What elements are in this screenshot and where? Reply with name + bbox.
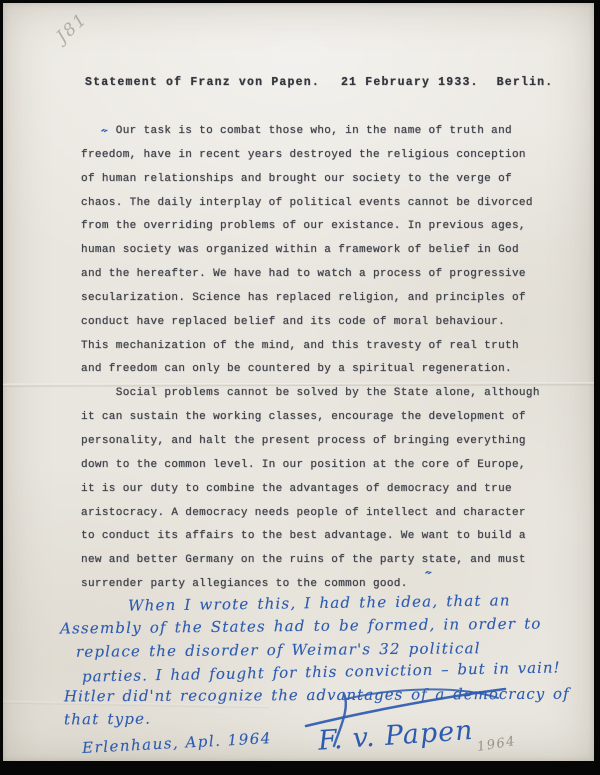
handwritten-line: Assembly of the States had to be formed,… — [60, 614, 542, 637]
handwritten-line: that type. — [64, 710, 151, 729]
handwritten-line: replace the disorder of Weimar's 32 poli… — [76, 639, 481, 661]
document-page: J81 Statement of Franz von Papen.21 Febr… — [3, 3, 594, 761]
signature-text: F. v. Papen — [316, 715, 474, 757]
handwritten-annotation: When I wrote this, I had the idea, that … — [3, 3, 594, 761]
handwritten-line: When I wrote this, I had the idea, that … — [128, 591, 511, 614]
